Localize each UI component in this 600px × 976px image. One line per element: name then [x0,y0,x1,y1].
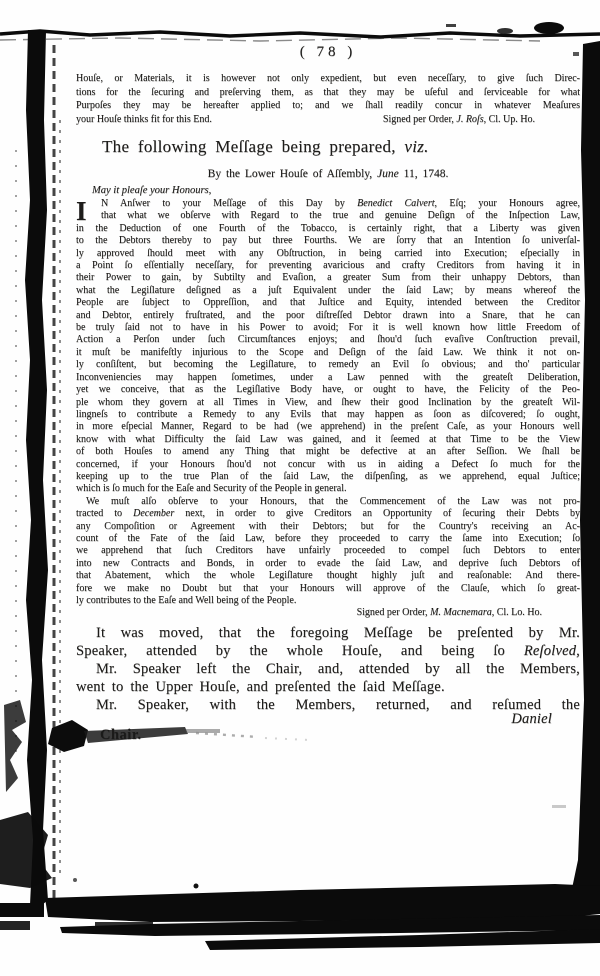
drop-cap: I [76,199,87,223]
message-heading: The following Meſſage being prepared, vi… [76,137,580,157]
text-line: tracted to December next, in order to gi… [76,508,580,520]
text-line: your Houſe thinks fit for this End. Sign… [76,113,580,127]
text-line: and Debtor, entirely fruſtrated, and the… [76,310,580,322]
text-line: yet we conceive, that as the Legiſlative… [76,384,580,396]
text-line: of both Houſes to amend any Thing that m… [76,446,580,458]
text-line: it muſt be manifeſtly injurious to the S… [76,347,580,359]
text-line: keeping up to the true Plan of the ſaid … [76,471,580,483]
text-line: tions for the ſecuring and preſerving th… [76,86,580,100]
text-line: Inconveniencies may happen ſometimes, un… [76,372,580,384]
salutation: May it pleaſe your Honours, [76,185,580,196]
closing-paragraphs: It was moved, that the foregoing Meſſage… [76,624,580,745]
text-line: their Power to gain, by Subtilty and Eva… [76,272,580,284]
signature-lower-house: Signed per Order, M. Macnemara, Cl. Lo. … [76,607,580,619]
page-number: ( 78 ) [76,44,580,61]
scanned-book-page: ( 78 ) Houſe, or Materials, it is howeve… [0,0,600,976]
chair-word: Chair. [76,725,580,745]
text-line: that Abatement, which the whole Legiſlat… [76,570,580,582]
text-line: fore we make no Doubt but that your Hono… [76,583,580,595]
text-line: that what we obſerve with Regard to the … [76,210,580,222]
text-line: in the Deduction of one Fourth of the To… [76,223,580,235]
bottom-page-edges [0,878,600,950]
text-line: to the Debtors thereby to pay but three … [76,235,580,247]
text-line: count of the Fate of the ſaid Law, befor… [76,533,580,545]
text-line: Mr. Speaker left the Chair, and, attende… [76,660,580,678]
catchword: Daniel [76,712,580,726]
text-line: ly approved ſhould meet with any Obſtruc… [76,248,580,260]
message-body: I N Anſwer to your Meſſage of this Day b… [76,198,580,620]
text-line: ple whom they govern at all Times in Vie… [76,397,580,409]
text-line: People are ſubject to Oppreſſion, and th… [76,297,580,309]
text-line: Action a Perſon under ſuch Circumſtances… [76,334,580,346]
text-line: which is ſo much for the Eaſe and Securi… [76,483,580,495]
text-line: Mr. Speaker, with the Members, returned,… [76,696,580,714]
top-edge-line [0,22,600,41]
carryover-paragraph: Houſe, or Materials, it is however not o… [76,72,580,126]
text-line: a Point ſo eſſentially neceſſary, for pr… [76,260,580,272]
text-line: know with what Difficulty the ſaid Law w… [76,434,580,446]
text-line: N Anſwer to your Meſſage of this Day by … [76,198,580,210]
text-line: went to the Upper Houſe, and preſented t… [76,678,580,696]
text-line: what the Legiſlature deſigned as a juſt … [76,285,580,297]
text-line: in more eſpecial Manner, Regard to be ha… [76,421,580,433]
dateline: By the Lower Houſe of Aſſembly, June 11,… [76,168,580,180]
text-line: We muſt alſo obſerve to your Honours, th… [76,496,580,508]
text-line: we apprehend that ſuch Creditors have un… [76,545,580,557]
text-line: Purpoſes they may be hereafter applied t… [76,99,580,113]
text-line: It was moved, that the foregoing Meſſage… [76,624,580,642]
text-line: ly conſiſtent, but becoming the Legiſlat… [76,359,580,371]
text-line: Houſe, or Materials, it is however not o… [76,72,580,86]
text-line: be truly ſaid not to have in his Power t… [76,322,580,334]
left-page-edge [0,30,60,910]
text-line: into new Contracts and Bonds, in order t… [76,558,580,570]
text-line: concerned, if your Honours ſhou'd not co… [76,459,580,471]
text-line: Speaker, attended by the whole Houſe, an… [76,642,580,660]
paragraph-end: your Houſe thinks fit for this End. [76,113,212,127]
signature-upper-house: Signed per Order, J. Roſs, Cl. Up. Ho. [383,113,580,127]
text-line: any Compoſition or Agreement with their … [76,521,580,533]
text-line: lingneſs to contribute a Remedy to any E… [76,409,580,421]
text-line: ly contributes to the Eaſe and Well bein… [76,595,580,607]
